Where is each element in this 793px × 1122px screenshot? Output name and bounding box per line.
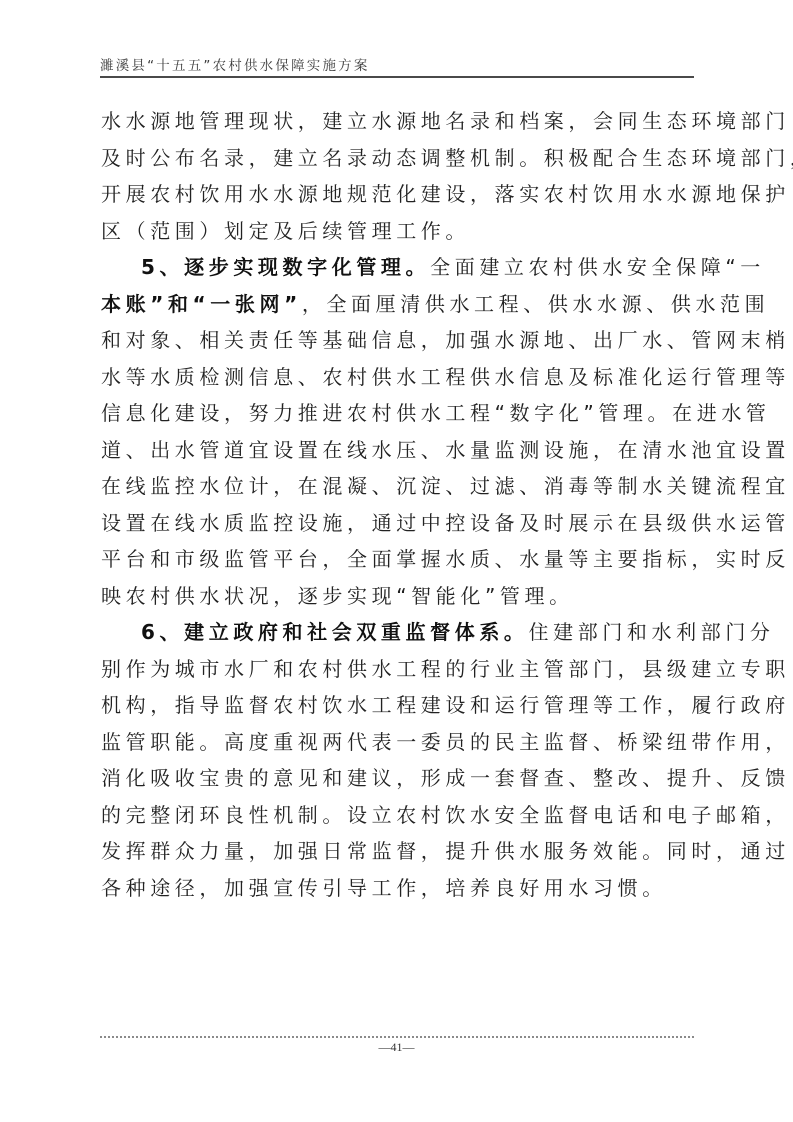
footer-divider xyxy=(100,1036,694,1038)
text-line: 信息化建设，努力推进农村供水工程“数字化”管理。在进水管 xyxy=(101,395,701,432)
line-text: 道、出水管道宜设置在线水压、水量监测设施，在清水池宜设置 xyxy=(101,438,790,462)
line-text: 信息化建设，努力推进农村供水工程“数字化”管理。在进水管 xyxy=(101,401,771,425)
text-line: 在线监控水位计，在混凝、沉淀、过滤、消毒等制水关键流程宜 xyxy=(101,468,701,505)
header-divider xyxy=(100,76,694,78)
page-number: —41— xyxy=(0,1040,793,1055)
line-text: 平台和市级监管平台，全面掌握水质、水量等主要指标，实时反 xyxy=(101,547,790,571)
line-text: 和对象、相关责任等基础信息，加强水源地、出厂水、管网末梢 xyxy=(101,328,790,352)
text-line: 监管职能。高度重视两代表一委员的民主监督、桥梁纽带作用， xyxy=(101,724,701,761)
line-text: 水等水质检测信息、农村供水工程供水信息及标准化运行管理等 xyxy=(101,365,790,389)
text-line: 区（范围）划定及后续管理工作。 xyxy=(101,213,701,250)
text-line: 平台和市级监管平台，全面掌握水质、水量等主要指标，实时反 xyxy=(101,541,701,578)
line-text: 及时公布名录，建立名录动态调整机制。积极配合生态环境部门， xyxy=(101,146,793,170)
page-header: 濉溪县“十五五”农村供水保障实施方案 xyxy=(100,52,694,76)
line-text: 水水源地管理现状，建立水源地名录和档案，会同生态环境部门 xyxy=(101,109,790,133)
section-6-heading-line: 6、建立政府和社会双重监督体系。住建部门和水利部门分 xyxy=(101,614,701,651)
line-text: 监管职能。高度重视两代表一委员的民主监督、桥梁纽带作用， xyxy=(101,730,790,754)
text-line: 水等水质检测信息、农村供水工程供水信息及标准化运行管理等 xyxy=(101,359,701,396)
text-line: 映农村供水状况，逐步实现“智能化”管理。 xyxy=(101,578,701,615)
line-text: 各种途径，加强宣传引导工作，培养良好用水习惯。 xyxy=(101,876,667,900)
section-5-title: 5、逐步实现数字化管理。 xyxy=(141,255,430,279)
text-line: 及时公布名录，建立名录动态调整机制。积极配合生态环境部门， xyxy=(101,140,701,177)
line-text: 住建部门和水利部门分 xyxy=(529,620,775,644)
document-body: 水水源地管理现状，建立水源地名录和档案，会同生态环境部门 及时公布名录，建立名录… xyxy=(101,103,701,906)
line-text: 映农村供水状况，逐步实现“智能化”管理。 xyxy=(101,584,574,608)
text-line: 消化吸收宝贵的意见和建议，形成一套督查、整改、提升、反馈 xyxy=(101,760,701,797)
text-line: 的完整闭环良性机制。设立农村饮水安全监督电话和电子邮箱， xyxy=(101,797,701,834)
line-text: 在线监控水位计，在混凝、沉淀、过滤、消毒等制水关键流程宜 xyxy=(101,474,790,498)
text-line: 发挥群众力量，加强日常监督，提升供水服务效能。同时，通过 xyxy=(101,833,701,870)
line-text: 区（范围）划定及后续管理工作。 xyxy=(101,219,470,243)
section-6-title: 6、建立政府和社会双重监督体系。 xyxy=(141,620,529,644)
text-line: 机构，指导监督农村饮水工程建设和运行管理等工作，履行政府 xyxy=(101,687,701,724)
text-line: 别作为城市水厂和农村供水工程的行业主管部门，县级建立专职 xyxy=(101,651,701,688)
line-text: 的完整闭环良性机制。设立农村饮水安全监督电话和电子邮箱， xyxy=(101,803,790,827)
document-title: 濉溪县“十五五”农村供水保障实施方案 xyxy=(100,54,370,74)
text-line: 各种途径，加强宣传引导工作，培养良好用水习惯。 xyxy=(101,870,701,907)
text-line: 和对象、相关责任等基础信息，加强水源地、出厂水、管网末梢 xyxy=(101,322,701,359)
line-text: 别作为城市水厂和农村供水工程的行业主管部门，县级建立专职 xyxy=(101,657,790,681)
bold-heading: 本账”和“一张网” xyxy=(101,292,302,316)
section-5-heading-line: 5、逐步实现数字化管理。全面建立农村供水安全保障“一 xyxy=(101,249,701,286)
text-line: 水水源地管理现状，建立水源地名录和档案，会同生态环境部门 xyxy=(101,103,701,140)
line-text: 消化吸收宝贵的意见和建议，形成一套督查、整改、提升、反馈 xyxy=(101,766,790,790)
text-line: 本账”和“一张网”，全面厘清供水工程、供水水源、供水范围 xyxy=(101,286,701,323)
line-text: ，全面厘清供水工程、供水水源、供水范围 xyxy=(302,292,769,316)
line-text: 设置在线水质监控设施，通过中控设备及时展示在县级供水运管 xyxy=(101,511,790,535)
line-text: 全面建立农村供水安全保障“一 xyxy=(430,255,765,279)
line-text: 开展农村饮用水水源地规范化建设，落实农村饮用水水源地保护 xyxy=(101,182,790,206)
text-line: 设置在线水质监控设施，通过中控设备及时展示在县级供水运管 xyxy=(101,505,701,542)
line-text: 发挥群众力量，加强日常监督，提升供水服务效能。同时，通过 xyxy=(101,839,790,863)
text-line: 道、出水管道宜设置在线水压、水量监测设施，在清水池宜设置 xyxy=(101,432,701,469)
line-text: 机构，指导监督农村饮水工程建设和运行管理等工作，履行政府 xyxy=(101,693,790,717)
text-line: 开展农村饮用水水源地规范化建设，落实农村饮用水水源地保护 xyxy=(101,176,701,213)
